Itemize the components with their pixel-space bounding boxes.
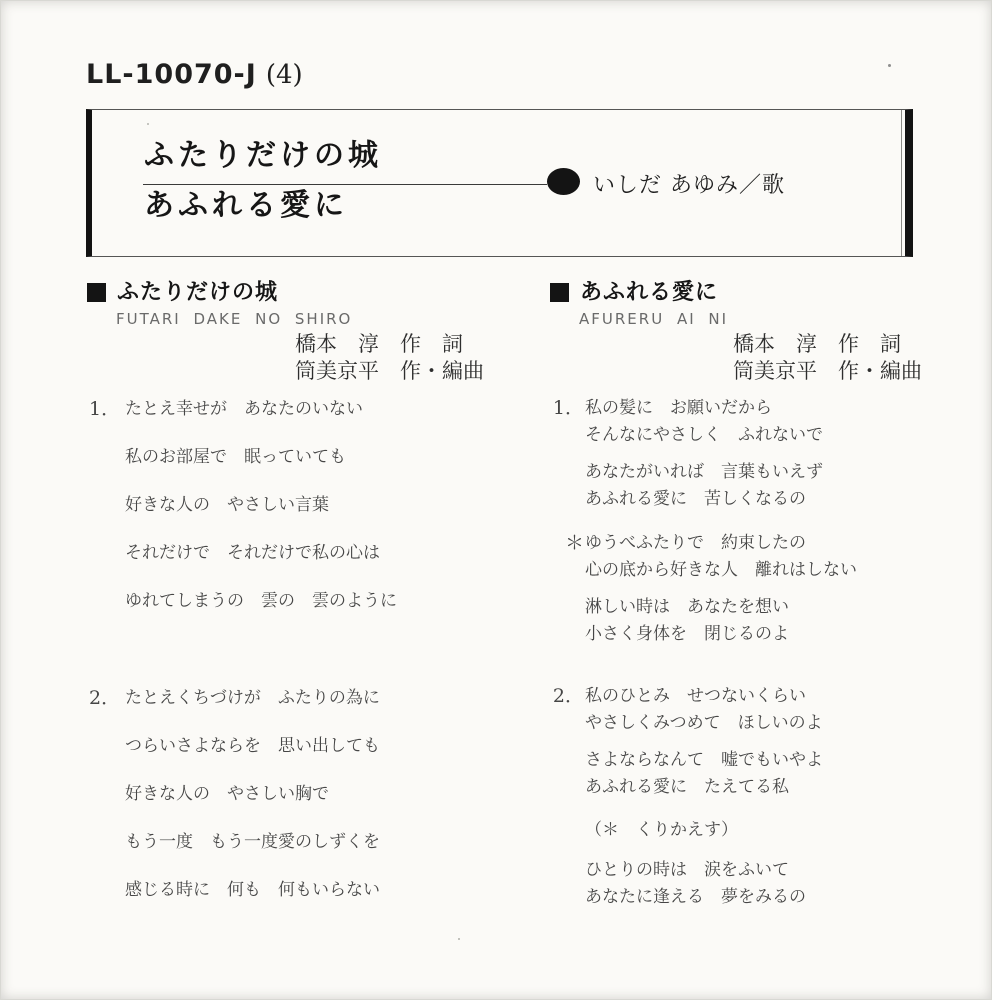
- lyric-sheet-page: LL-10070-J(4) ふたりだけの城 いしだ あゆみ／歌 あふれる愛に ふ…: [0, 0, 992, 1000]
- catalog-number: LL-10070-J(4): [86, 59, 303, 91]
- lyric-line: そんなにやさしく ふれないで: [585, 422, 823, 449]
- scan-speck: [888, 64, 891, 67]
- lyric-row: あなたがいれば 言葉もいえず: [547, 459, 857, 486]
- lyric-group: あなたがいれば 言葉もいえず あふれる愛に 苦しくなるの: [547, 459, 857, 513]
- line-indent-spacer: [89, 529, 125, 577]
- right-song-heading: あふれる愛に: [550, 280, 980, 305]
- lyric-line: 好きな人の やさしい言葉: [125, 481, 329, 529]
- lyric-row: ゆれてしまうの 雲の 雲のように: [89, 577, 397, 625]
- lyricist-credit: 橋本 淳 作 詞: [733, 331, 922, 358]
- title-song-2: あふれる愛に: [144, 189, 348, 223]
- line-indent-spacer: [547, 857, 585, 884]
- line-indent-spacer: [547, 774, 585, 801]
- catalog-take-number: (4): [266, 60, 303, 90]
- line-indent-spacer: [89, 722, 125, 770]
- lyric-line: たとえくちづけが ふたりの為に: [125, 674, 380, 722]
- lyric-group: さよならなんて 嘘でもいやよ あふれる愛に たえてる私: [547, 747, 857, 801]
- right-song-romaji-title: AFURERU AI NI: [579, 310, 980, 328]
- lyric-row: 好きな人の やさしい胸で: [89, 770, 397, 818]
- lyric-group: 2．私のひとみ せつないくらい やさしくみつめて ほしいのよ: [547, 683, 857, 737]
- lyric-row: 1．私の髪に お願いだから: [547, 395, 857, 422]
- lyric-row: 好きな人の やさしい言葉: [89, 481, 397, 529]
- right-song-title: あふれる愛に: [580, 280, 718, 305]
- lyric-line: それだけで それだけで私の心は: [125, 529, 380, 577]
- lyric-line: あなたに逢える 夢をみるの: [585, 884, 806, 911]
- lyric-group: 1．私の髪に お願いだから そんなにやさしく ふれないで: [547, 395, 857, 449]
- line-indent-spacer: [547, 422, 585, 449]
- lyricist-credit: 橋本 淳 作 詞: [295, 331, 484, 358]
- refrain-asterisk-marker: ＊: [547, 530, 585, 557]
- line-indent-spacer: [89, 818, 125, 866]
- lyric-row: （＊ くりかえす）: [547, 817, 857, 844]
- lyric-row: 2．私のひとみ せつないくらい: [547, 683, 857, 710]
- lyric-row: あふれる愛に 苦しくなるの: [547, 486, 857, 513]
- lyric-line: 私の髪に お願いだから: [585, 395, 772, 422]
- lyric-row: ＊ゆうべふたりで 約束したの: [547, 530, 857, 557]
- square-bullet-icon: [87, 283, 106, 302]
- line-indent-spacer: [547, 557, 585, 584]
- line-indent-spacer: [547, 621, 585, 648]
- lyric-line: 淋しい時は あなたを想い: [585, 594, 789, 621]
- left-song-heading: ふたりだけの城: [87, 280, 517, 305]
- repeat-instruction: （＊ くりかえす）: [547, 817, 857, 844]
- artist-credit: いしだ あゆみ／歌: [593, 172, 785, 200]
- catalog-number-text: LL-10070-J: [86, 59, 257, 90]
- line-indent-spacer: [547, 884, 585, 911]
- lyric-line: ゆれてしまうの 雲の 雲のように: [125, 577, 397, 625]
- lyric-line: もう一度 もう一度愛のしずくを: [125, 818, 380, 866]
- line-indent-spacer: [547, 747, 585, 774]
- lyric-row: 私のお部屋で 眠っていても: [89, 433, 397, 481]
- lyric-row: 小さく身体を 閉じるのよ: [547, 621, 857, 648]
- line-indent-spacer: [89, 577, 125, 625]
- lyric-row: もう一度 もう一度愛のしずくを: [89, 818, 397, 866]
- lyric-line: 小さく身体を 閉じるのよ: [585, 621, 789, 648]
- left-song-romaji-title: FUTARI DAKE NO SHIRO: [116, 310, 517, 328]
- left-song-title: ふたりだけの城: [117, 280, 278, 305]
- left-song-lyrics: 1．たとえ幸せが あなたのいない 私のお部屋で 眠っていても 好きな人の やさし…: [89, 385, 397, 914]
- lyric-line: ひとりの時は 涙をふいて: [585, 857, 789, 884]
- verse-2: 2．たとえくちづけが ふたりの為に つらいさよならを 思い出しても 好きな人の …: [89, 674, 397, 914]
- line-indent-spacer: [547, 710, 585, 737]
- lyric-line: あなたがいれば 言葉もいえず: [585, 459, 823, 486]
- line-indent-spacer: [547, 459, 585, 486]
- lyric-row: 感じる時に 何も 何もいらない: [89, 866, 397, 914]
- lyric-line: たとえ幸せが あなたのいない: [125, 385, 363, 433]
- line-indent-spacer: [547, 486, 585, 513]
- right-song-lyrics: 1．私の髪に お願いだから そんなにやさしく ふれないで あなたがいれば 言葉も…: [547, 395, 857, 911]
- lyric-line: 私のひとみ せつないくらい: [585, 683, 806, 710]
- lyric-row: あふれる愛に たえてる私: [547, 774, 857, 801]
- lyric-line: ゆうべふたりで 約束したの: [585, 530, 806, 557]
- lyric-group: 淋しい時は あなたを想い 小さく身体を 閉じるのよ: [547, 594, 857, 648]
- composer-credit: 筒美京平 作・編曲: [733, 358, 922, 385]
- scan-speck: [458, 938, 460, 940]
- lyric-row: 心の底から好きな人 離れはしない: [547, 557, 857, 584]
- line-indent-spacer: [89, 770, 125, 818]
- lyric-row: 淋しい時は あなたを想い: [547, 594, 857, 621]
- title-divider-rule: [143, 184, 547, 185]
- verse-number: 1．: [89, 385, 125, 433]
- line-indent-spacer: [547, 594, 585, 621]
- line-indent-spacer: [89, 866, 125, 914]
- lyric-row: ひとりの時は 涙をふいて: [547, 857, 857, 884]
- line-indent-spacer: [89, 433, 125, 481]
- verse-1: 1．たとえ幸せが あなたのいない 私のお部屋で 眠っていても 好きな人の やさし…: [89, 385, 397, 625]
- verse-number: 1．: [547, 395, 585, 422]
- lyric-row: やさしくみつめて ほしいのよ: [547, 710, 857, 737]
- right-song-credits: 橋本 淳 作 詞 筒美京平 作・編曲: [733, 331, 922, 385]
- lyric-line: あふれる愛に たえてる私: [585, 774, 789, 801]
- scan-speck: [147, 123, 149, 125]
- lyric-line: （＊ くりかえす）: [585, 817, 738, 844]
- lyric-row: それだけで それだけで私の心は: [89, 529, 397, 577]
- composer-credit: 筒美京平 作・編曲: [295, 358, 484, 385]
- verse-number: 2．: [547, 683, 585, 710]
- title-box: ふたりだけの城 いしだ あゆみ／歌 あふれる愛に: [86, 109, 913, 257]
- lyric-group-refrain: ＊ゆうべふたりで 約束したの 心の底から好きな人 離れはしない: [547, 530, 857, 584]
- lyric-row: あなたに逢える 夢をみるの: [547, 884, 857, 911]
- lyric-row: 2．たとえくちづけが ふたりの為に: [89, 674, 397, 722]
- right-song-section: あふれる愛に AFURERU AI NI 橋本 淳 作 詞 筒美京平 作・編曲: [550, 280, 980, 390]
- title-song-1: ふたりだけの城: [144, 139, 382, 173]
- lyric-row: 1．たとえ幸せが あなたのいない: [89, 385, 397, 433]
- lyric-line: つらいさよならを 思い出しても: [125, 722, 380, 770]
- title-box-inner-rule: [901, 110, 902, 256]
- lyric-line: 感じる時に 何も 何もいらない: [125, 866, 380, 914]
- square-bullet-icon: [550, 283, 569, 302]
- lyric-line: さよならなんて 嘘でもいやよ: [585, 747, 823, 774]
- line-indent-spacer: [547, 817, 585, 844]
- left-song-section: ふたりだけの城 FUTARI DAKE NO SHIRO 橋本 淳 作 詞 筒美…: [87, 280, 517, 390]
- lyric-row: さよならなんて 嘘でもいやよ: [547, 747, 857, 774]
- lyric-line: あふれる愛に 苦しくなるの: [585, 486, 806, 513]
- line-indent-spacer: [89, 481, 125, 529]
- lyric-line: 私のお部屋で 眠っていても: [125, 433, 346, 481]
- lyric-line: 好きな人の やさしい胸で: [125, 770, 329, 818]
- left-song-credits: 橋本 淳 作 詞 筒美京平 作・編曲: [295, 331, 484, 385]
- lyric-row: そんなにやさしく ふれないで: [547, 422, 857, 449]
- lyric-row: つらいさよならを 思い出しても: [89, 722, 397, 770]
- bullet-dot-icon: [547, 168, 580, 195]
- verse-number: 2．: [89, 674, 125, 722]
- lyric-line: 心の底から好きな人 離れはしない: [585, 557, 857, 584]
- lyric-group: ひとりの時は 涙をふいて あなたに逢える 夢をみるの: [547, 857, 857, 911]
- lyric-line: やさしくみつめて ほしいのよ: [585, 710, 823, 737]
